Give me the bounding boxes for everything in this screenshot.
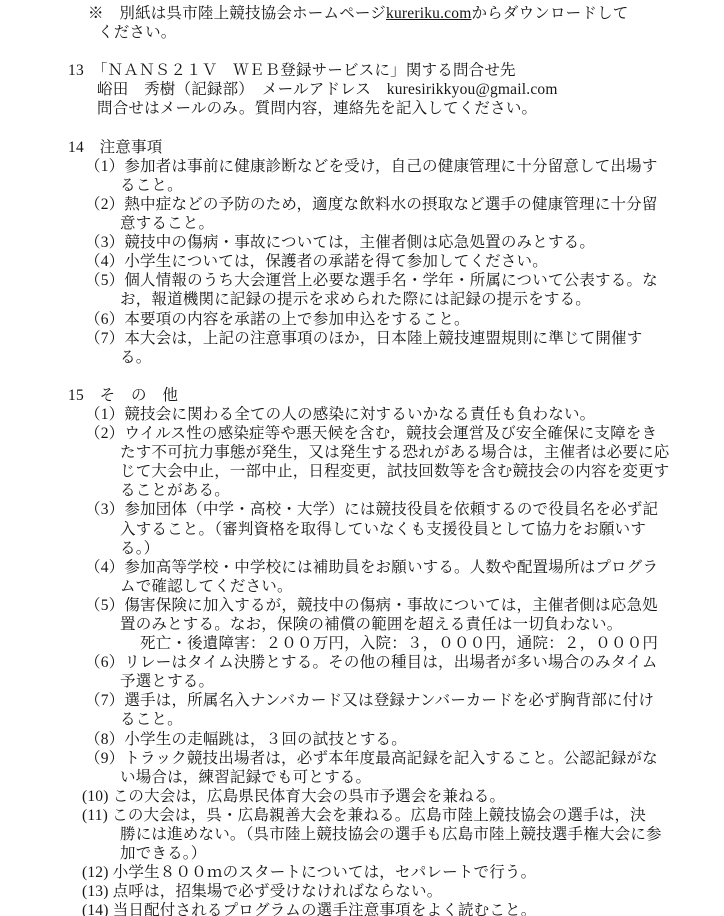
document-line: （2）熱中症などの予防のため，適度な飲料水の摂取など選手の健康管理に十分留 [0, 195, 724, 214]
section-title: 注意事項 [100, 139, 163, 156]
document-line: お，報道機関に記録の提示を求められた際には記録の提示をする。 [0, 290, 724, 309]
text-run: お，報道機関に記録の提示を求められた際には記録の提示をする。 [120, 291, 591, 308]
item-number: （1） [85, 158, 124, 175]
text-run: この大会は，広島県民体育大会の呉市予選会を兼ねる。 [113, 788, 506, 805]
text-run: る。） [120, 540, 159, 557]
text-run: 点呼は，招集場で必ず受けなければならない。 [113, 883, 443, 900]
contact-name: 峪田 秀樹（記録部） [97, 81, 262, 98]
item-number: （1） [85, 406, 124, 423]
text-run: メールアドレス [262, 81, 387, 98]
insurance-amounts: 死亡・後遺障害：２００万円，入院：３，０００円，通院：２，０００円 [140, 635, 658, 652]
email-address: kuresirikkyou@gmail.com [387, 81, 558, 98]
document-line: 加できる。） [0, 844, 724, 863]
document-line: ムで確認してください。 [0, 577, 724, 596]
blank-line [0, 119, 724, 138]
document-line: (11) この大会は，呉・広島親善大会を兼ねる。広島市陸上競技協会の選手は，決 [0, 806, 724, 825]
text-run: 「ＮＡＮＳ２１Ｖ ＷＥＢ登録サービスに」関する問合せ先 [100, 62, 516, 79]
document-line: ること。 [0, 176, 724, 195]
text-run: 熱中症などの予防のため，適度な飲料水の摂取など選手の健康管理に十分留 [124, 196, 657, 213]
item-number: (13) [82, 883, 113, 900]
item-number: （4） [85, 559, 124, 576]
text-run: 勝には進めない。（呉市陸上競技協会の選手も広島市陸上競技選手権大会に参 [120, 826, 662, 843]
document-line: (10) この大会は，広島県民体育大会の呉市予選会を兼ねる。 [0, 787, 724, 806]
item-number: （3） [85, 501, 124, 518]
document-line: 峪田 秀樹（記録部） メールアドレス kuresirikkyou@gmail.c… [0, 80, 724, 99]
document-line: 勝には進めない。（呉市陸上競技協会の選手も広島市陸上競技選手権大会に参 [0, 825, 724, 844]
document-line: (14) 当日配付されるプログラムの選手注意事項をよく読むこと。 [0, 901, 724, 916]
item-number: （3） [85, 234, 124, 251]
text-run: 小学生については，保護者の承諾を得て参加してください。 [124, 253, 548, 270]
document-line: （6）リレーはタイム決勝とする。その他の種目は，出場者が多い場合のみタイム [0, 653, 724, 672]
document-line: （4）小学生については，保護者の承諾を得て参加してください。 [0, 252, 724, 271]
document-line: 置のみとする。なお，保険の補償の範囲を超える責任は一切負わない。 [0, 615, 724, 634]
document-line: （7）選手は，所属名入ナンバカード又は登録ナンバーカードを必ず胸背部に付け [0, 691, 724, 710]
document-line: ※ 別紙は呉市陸上競技協会ホームページkureriku.comからダウンロードし… [0, 4, 724, 23]
item-number: （5） [85, 272, 124, 289]
text-run: ること。 [120, 711, 183, 728]
item-number: （9） [85, 750, 124, 767]
document-line: （1）参加者は事前に健康診断などを受け，自己の健康管理に十分留意して出場す [0, 157, 724, 176]
document-line: 問合せはメールのみ。質問内容，連絡先を記入してください。 [0, 99, 724, 118]
blank-line [0, 367, 724, 386]
document-line: (12) 小学生８００ｍのスタートについては，セパレートで行う。 [0, 863, 724, 882]
text-run: 参加団体（中学・高校・大学）には競技役員を依頼するので役員名を必ず記 [124, 501, 658, 518]
document-line: る。） [0, 539, 724, 558]
text-run: 意すること。 [120, 215, 214, 232]
document-line: ください。 [0, 23, 724, 42]
text-run: 参加高等学校・中学校には補助員をお願いする。人数や配置場所はプログラ [124, 559, 658, 576]
text-run: リレーはタイム決勝とする。その他の種目は，出場者が多い場合のみタイム [124, 654, 657, 671]
item-number: 14 [68, 139, 100, 156]
text-run: 当日配付されるプログラムの選手注意事項をよく読むこと。 [113, 902, 537, 916]
text-run: い場合は，練習記録でも可とする。 [120, 769, 371, 786]
document-line: じて大会中止，一部中止，日程変更，試技回数等を含む競技会の内容を変更す [0, 462, 724, 481]
text-run: 競技中の傷病・事故については，主催者側は応急処置のみとする。 [124, 234, 595, 251]
item-number: （2） [85, 196, 124, 213]
text-run: 予選とする。 [120, 673, 214, 690]
document-line: （5）個人情報のうち大会運営上必要な選手名・学年・所属について公表する。な [0, 271, 724, 290]
text-run: この大会は，呉・広島親善大会を兼ねる。広島市陸上競技協会の選手は，決 [112, 807, 646, 824]
text-run: 個人情報のうち大会運営上必要な選手名・学年・所属について公表する。な [124, 272, 658, 289]
document-page: ※ 別紙は呉市陸上競技協会ホームページkureriku.comからダウンロードし… [0, 0, 724, 916]
item-number: （6） [85, 311, 124, 328]
text-run: じて大会中止，一部中止，日程変更，試技回数等を含む競技会の内容を変更す [120, 463, 670, 480]
document-line: （6）本要項の内容を承諾の上で参加申込をすること。 [0, 310, 724, 329]
item-number: (10) [82, 788, 113, 805]
text-run: 入すること。（審判資格を取得していなくも支援役員として協力をお願いす [120, 521, 646, 538]
document-line: る。 [0, 348, 724, 367]
text-run: 別紙は呉市陸上競技協会ホームページ [119, 5, 386, 22]
item-number: （6） [85, 654, 124, 671]
section-title: そ の 他 [100, 387, 179, 404]
text-run: ること。 [120, 177, 183, 194]
document-line: （8）小学生の走幅跳は，３回の試技とする。 [0, 730, 724, 749]
text-run: ください。 [98, 24, 177, 41]
document-line: い場合は，練習記録でも可とする。 [0, 768, 724, 787]
text-run: たす不可抗力事態が発生，又は発生する恐れがある場合は，主催者は必要に応 [120, 444, 670, 461]
blank-line [0, 42, 724, 61]
text-run: 問合せはメールのみ。質問内容，連絡先を記入してください。 [97, 100, 537, 117]
document-line: （5）傷害保険に加入するが，競技中の傷病・事故については，主催者側は応急処 [0, 596, 724, 615]
item-number: (12) [82, 864, 113, 881]
document-line: 予選とする。 [0, 672, 724, 691]
text-run: トラック競技出場者は，必ず本年度最高記録を記入すること。公認記録がな [124, 750, 658, 767]
item-number: （2） [85, 425, 124, 442]
text-run: 本要項の内容を承諾の上で参加申込をすること。 [124, 311, 469, 328]
document-line: （9）トラック競技出場者は，必ず本年度最高記録を記入すること。公認記録がな [0, 749, 724, 768]
item-number: （7） [85, 330, 124, 347]
kureriku-link[interactable]: kureriku.com [386, 5, 471, 22]
document-line: 14 注意事項 [0, 138, 724, 157]
text-run: 傷害保険に加入するが，競技中の傷病・事故については，主催者側は応急処 [124, 597, 658, 614]
document-line: ること。 [0, 710, 724, 729]
item-number: 13 [68, 62, 100, 79]
item-number: （5） [85, 597, 124, 614]
text-run: ることがある。 [120, 482, 230, 499]
text-run: 競技会に関わる全ての人の感染に対するいかなる責任も負わない。 [124, 406, 595, 423]
text-run: からダウンロードして [471, 5, 628, 22]
document-line: （2）ウイルス性の感染症等や悪天候を含む，競技会運営及び安全確保に支障をき [0, 424, 724, 443]
document-line: （1）競技会に関わる全ての人の感染に対するいかなる責任も負わない。 [0, 405, 724, 424]
document-line: (13) 点呼は，招集場で必ず受けなければならない。 [0, 882, 724, 901]
text-run: 本大会は，上記の注意事項のほか，日本陸上競技連盟規則に準じて開催す [124, 330, 642, 347]
text-run: 加できる。） [120, 845, 206, 862]
text-run: 置のみとする。なお，保険の補償の範囲を超える責任は一切負わない。 [120, 616, 622, 633]
document-line: たす不可抗力事態が発生，又は発生する恐れがある場合は，主催者は必要に応 [0, 443, 724, 462]
item-number: （4） [85, 253, 124, 270]
document-line: 意すること。 [0, 214, 724, 233]
item-number: (14) [82, 902, 113, 916]
item-number: (11) [82, 807, 112, 824]
document-body: ※ 別紙は呉市陸上競技協会ホームページkureriku.comからダウンロードし… [0, 0, 724, 916]
document-line: 15 そ の 他 [0, 386, 724, 405]
document-line: （7）本大会は，上記の注意事項のほか，日本陸上競技連盟規則に準じて開催す [0, 329, 724, 348]
remark-marker: ※ [88, 5, 119, 22]
document-line: （4）参加高等学校・中学校には補助員をお願いする。人数や配置場所はプログラ [0, 558, 724, 577]
document-line: （3）参加団体（中学・高校・大学）には競技役員を依頼するので役員名を必ず記 [0, 500, 724, 519]
item-number: 15 [68, 387, 100, 404]
text-run: 小学生８００ｍのスタートについては，セパレートで行う。 [113, 864, 537, 881]
document-line: ることがある。 [0, 481, 724, 500]
text-run: ウイルス性の感染症等や悪天候を含む，競技会運営及び安全確保に支障をき [124, 425, 657, 442]
item-number: （7） [85, 692, 124, 709]
document-line: （3）競技中の傷病・事故については，主催者側は応急処置のみとする。 [0, 233, 724, 252]
document-line: 入すること。（審判資格を取得していなくも支援役員として協力をお願いす [0, 520, 724, 539]
document-line: 死亡・後遺障害：２００万円，入院：３，０００円，通院：２，０００円 [0, 634, 724, 653]
text-run: る。 [120, 349, 151, 366]
text-run: 小学生の走幅跳は，３回の試技とする。 [124, 731, 407, 748]
item-number: （8） [85, 731, 124, 748]
text-run: 選手は，所属名入ナンバカード又は登録ナンバーカードを必ず胸背部に付け [124, 692, 654, 709]
text-run: ムで確認してください。 [120, 578, 293, 595]
document-line: 13 「ＮＡＮＳ２１Ｖ ＷＥＢ登録サービスに」関する問合せ先 [0, 61, 724, 80]
text-run: 参加者は事前に健康診断などを受け，自己の健康管理に十分留意して出場す [124, 158, 657, 175]
